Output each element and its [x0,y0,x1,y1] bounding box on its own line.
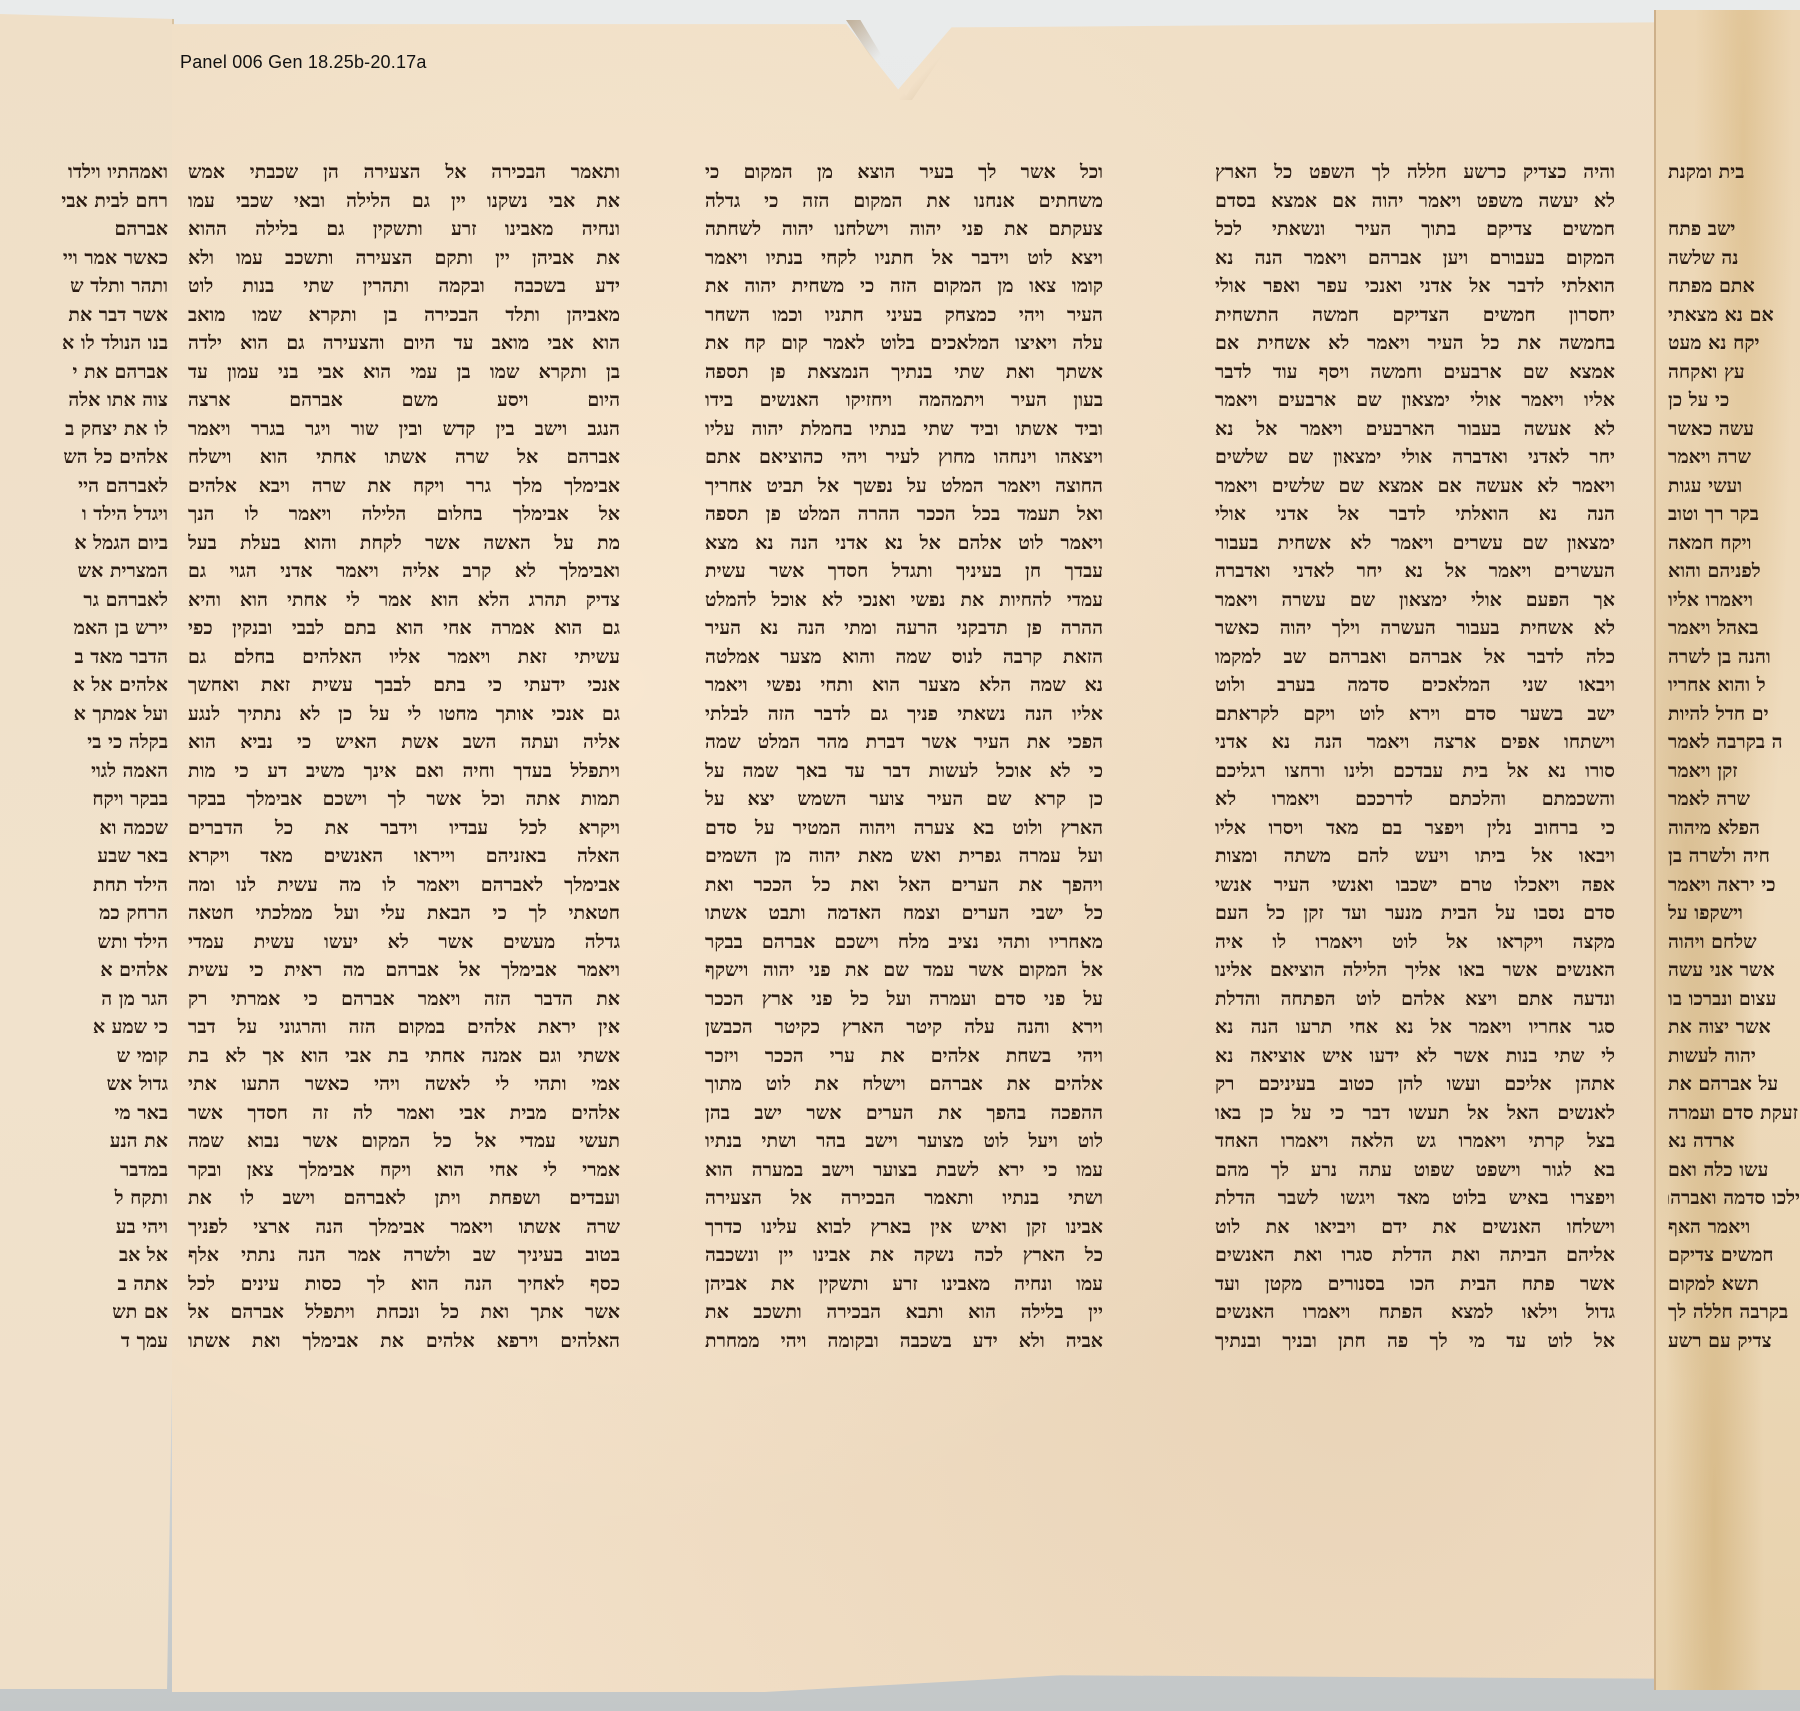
text-line: ועשי עגות [1668,472,1800,501]
text-line: אתהן אליכם ועשו להן כטוב בעיניכם רק [1215,1070,1615,1099]
text-line: אין יראת אלהים במקום הזה והרגוני על דבר [188,1013,620,1042]
text-line: העיר ויהי כמצחק בעיני חתניו וכמו השחר [705,301,1103,330]
text-line: באר שבע [10,842,168,871]
text-line: אשר אני עשה [1668,956,1800,985]
text-line: שכמה וא [10,814,168,843]
text-line: מת על האשה אשר לקחת והוא בעלת בעל [188,529,620,558]
text-line: צדיק עם רשע [1668,1327,1800,1356]
text-line: ועבדים ושפחת ויתן לאברהם וישב לו את [188,1184,620,1213]
text-line: ידע בשכבה ובקמה ותהרין שתי בנות לוט [188,272,620,301]
text-line: בית ומקנת [1668,158,1800,187]
text-line: העשרים ויאמר אל נא יחר לאדני ואדברה [1215,557,1615,586]
text-line: קומי ש [10,1042,168,1071]
text-line: אליו הנה נשאתי פניך גם לדבר הזה לבלתי [705,700,1103,729]
text-column-1: ותאמר הבכירה אל הצעירה הן שכבתי אמשאת אב… [188,158,620,1355]
text-line: ועל אמתך א [10,700,168,729]
text-line: גדלה מעשים אשר לא יעשו עשית עמדי [188,928,620,957]
text-line: אם נא מצאתי [1668,301,1800,330]
text-line: הדבר מאד ב [10,643,168,672]
text-line: גדול אש [10,1070,168,1099]
text-line: ותאמר הבכירה אל הצעירה הן שכבתי אמש [188,158,620,187]
text-line: אלהים מבית אבי ואמר לה זה חסדך אשר [188,1099,620,1128]
text-line: על פני סדם ועמרה ועל כל פני ארץ הככר [705,985,1103,1014]
text-line: האנשים אשר באו אליך הלילה הוציאם אלינו [1215,956,1615,985]
text-line: את אבי נשקנו יין גם הלילה ובאי שכבי עמו [188,187,620,216]
text-line: כסף לאחיך הנה הוא לך כסות עינים לכל [188,1270,620,1299]
text-line: אנכי ידעתי כי בתם לבבך עשית זאת ואחשך [188,671,620,700]
text-line: המקום בעבורם ויען אברהם ויאמר הנה נא [1215,244,1615,273]
text-line: באר מי [10,1099,168,1128]
text-line: הילד תחת [10,871,168,900]
text-line: וישתחו אפים ארצה ויאמר הנה נא אדני [1215,728,1615,757]
text-line: והיה כצדיק כרשע חללה לך השפט כל הארץ [1215,158,1615,187]
text-line: סורו נא אל בית עבדכם ולינו ורחצו רגליכם [1215,757,1615,786]
text-line: משחתים אנחנו את המקום הזה כי גדלה [705,187,1103,216]
text-line: ההפכה בהפך את הערים אשר ישב בהן [705,1099,1103,1128]
text-line: לאברהם גר [10,586,168,615]
text-line: אבימלך לאברהם ויאמר לו מה עשית לנו ומה [188,871,620,900]
text-line: והשכמתם והלכתם לדרככם ויאמרו לא [1215,785,1615,814]
text-line: זקן ויאמר [1668,757,1800,786]
text-line: המצרית אש [10,557,168,586]
text-line: חמשים צדיקם בתוך העיר ונשאתי לכל [1215,215,1615,244]
text-line: יחסרון חמשים הצדיקם חמשה התשחית [1215,301,1615,330]
text-line: ויאמרו אליו [1668,586,1800,615]
text-line: חמשים צדיקם [1668,1241,1800,1270]
text-line: בחמשה את כל העיר ויאמר לא אשחית אם [1215,329,1615,358]
text-line: ים חדל להיות [1668,700,1800,729]
panel-label: Panel 006 Gen 18.25b-20.17a [180,52,427,73]
text-line: וישלחו האנשים את ידם ויביאו את לוט [1215,1213,1615,1242]
text-line: ואל תעמד בכל הככר ההרה המלט פן תספה [705,500,1103,529]
text-line: אם תש [10,1298,168,1327]
text-line: רחם לבית אבי [10,187,168,216]
text-line: אברהם את י [10,358,168,387]
text-line: תשא למקום [1668,1270,1800,1299]
text-line: ההרה פן תדבקני הרעה ומתי הנה נא העיר [705,614,1103,643]
text-line: בנו הנולד לו א [10,329,168,358]
text-line: חטאתי לך כי הבאת עלי ועל ממלכתי חטאה [188,899,620,928]
text-line: החוצה ויאמר המלט על נפשך אל תביט אחריך [705,472,1103,501]
text-line: מקצה ויקראו אל לוט ויאמרו לו איה [1215,928,1615,957]
text-line: ויגדל הילד ו [10,500,168,529]
text-line: אלהים א [10,956,168,985]
text-line: וישקפו על [1668,899,1800,928]
text-line: אל אבימלך בחלום הלילה ויאמר לו הנך [188,500,620,529]
text-line: עשו כלה ואם [1668,1156,1800,1185]
text-line: אמרי לי אחי הוא ויקח אבימלך צאן ובקר [188,1156,620,1185]
text-line: ארדה נא [1668,1127,1800,1156]
text-line: בקרבה חללה לך [1668,1298,1800,1327]
text-line: את אביהן יין ותקם הצעירה ותשכב עמו ולא [188,244,620,273]
text-line: הנה נא הואלתי לדבר אל אדני אולי [1215,500,1615,529]
text-line: הוא אבי מואב עד היום והצעירה גם הוא ילדה [188,329,620,358]
text-line: בקלה כי בי [10,728,168,757]
text-line: לו את יצחק ב [10,415,168,444]
text-line: ונדעה אתם ויצא אלהם לוט הפתחה והדלת [1215,985,1615,1014]
text-line: אבינו זקן ואיש אין בארץ לבוא עלינו כדרך [705,1213,1103,1242]
text-line: אשר דבר את [10,301,168,330]
text-line: לוט ויעל לוט מצוער וישב בהר ושתי בנתיו [705,1127,1103,1156]
text-line: אביה ולא ידע בשכבה ובקומה ויהי ממחרת [705,1327,1103,1356]
text-line: ויצאהו וינחהו מחוץ לעיר ויהי כהוציאם אתם [705,443,1103,472]
text-line: ועל עמרה גפרית ואש מאת יהוה מן השמים [705,842,1103,871]
text-line: אליו ויאמר אולי ימצאון שם ארבעים ויאמר [1215,386,1615,415]
text-line: ה בקרבה לאמר [1668,728,1800,757]
text-line: לאברהם היי [10,472,168,501]
text-line: ותהר ותלד ש [10,272,168,301]
text-line: כי יראה ויאמר [1668,871,1800,900]
text-line: קומו צאו מן המקום הזה כי משחית יהוה את [705,272,1103,301]
text-line: אשר אתך ואת כל ונכחת ויתפלל אברהם אל [188,1298,620,1327]
text-line: הפכי את העיר אשר דברת מהר המלט שמה [705,728,1103,757]
text-line: וביד אשתו וביד שתי בנתיו בחמלת יהוה עליו [705,415,1103,444]
text-line: כי שמע א [10,1013,168,1042]
text-line: ושתי בנתיו ותאמר הבכירה אל הצעירה [705,1184,1103,1213]
text-line: הארץ ולוט בא צערה ויהוה המטיר על סדם [705,814,1103,843]
text-line: ימצאון שם עשרים ויאמר לא אשחית בעבור [1215,529,1615,558]
text-line: ויפצרו באיש בלוט מאד ויגשו לשבר הדלת [1215,1184,1615,1213]
text-line: את הדבר הזה ויאמר אברהם כי אמרתי רק [188,985,620,1014]
text-line: עמדי להחיות את נפשי ואנכי לא אוכל להמלט [705,586,1103,615]
text-line: נא שמה הלא מצער הוא ותחי נפשי ויאמר [705,671,1103,700]
text-line: עשה כאשר [1668,415,1800,444]
text-line: אלהים את אברהם וישלח את לוט מתוך [705,1070,1103,1099]
text-line: עצום ונברכו בו [1668,985,1800,1014]
text-line: האמה לגוי [10,757,168,786]
text-line: ויצא לוט וידבר אל חתניו לקחי בנתיו ויאמר [705,244,1103,273]
text-line: ויבאו שני המלאכים סדמה בערב ולוט [1215,671,1615,700]
text-line: סגר אחריו ויאמר אל נא אחי תרעו הנה נא [1215,1013,1615,1042]
text-column-edge-right: בית ומקנתישב פתחנה שלשהאתם מפתחאם נא מצא… [1668,158,1800,1355]
text-line: שרה אשתו ויאמר אבימלך הנה ארצי לפניך [188,1213,620,1242]
text-line: אלהים אל א [10,671,168,700]
text-line: הפלא מיהוה [1668,814,1800,843]
text-line: מאחריו ותהי נציב מלח וישכם אברהם בבקר [705,928,1103,957]
text-line: בטוב בעיניך שב ולשרה אמר הנה נתתי אלף [188,1241,620,1270]
text-line: לא אשחית בעבור העשרה וילך יהוה כאשר [1215,614,1615,643]
text-line: ויאמר לא אעשה אם אמצא שם שלשים ויאמר [1215,472,1615,501]
text-line: על אברהם את [1668,1070,1800,1099]
text-line: עשיתי זאת ויאמר אליו האלהים בחלם גם [188,643,620,672]
text-line: הגר מן ה [10,985,168,1014]
text-line: יין בלילה הוא ותבא הבכירה ותשכב את [705,1298,1103,1327]
text-line: צוה אתו אלה [10,386,168,415]
text-line: הילד ותש [10,928,168,957]
text-line: עץ ואקחה [1668,358,1800,387]
text-line: אך הפעם אולי ימצאון שם עשרה ויאמר [1215,586,1615,615]
text-line: בצל קרתי ויאמרו גש הלאה ויאמרו האחד [1215,1127,1615,1156]
text-line: אשתך ואת שתי בנתיך הנמצאת פן תספה [705,358,1103,387]
text-line: הזאת קרבה לנוס שמה והוא מצער אמלטה [705,643,1103,672]
text-line: שרה ויאמר [1668,443,1800,472]
text-line: ישב בשער סדם וירא לוט ויקם לקראתם [1215,700,1615,729]
text-line: ונחיה מאבינו זרע ותשקין גם בלילה ההוא [188,215,620,244]
text-line: יירש בן האמ [10,614,168,643]
text-line: כן קרא שם העיר צוער השמש יצא על [705,785,1103,814]
text-line: ויאמר אבימלך אל אברהם מה ראית כי עשית [188,956,620,985]
text-line: עמו כי ירא לשבת בצוער וישב במערה הוא [705,1156,1103,1185]
text-line: בן ותקרא שמו בן עמי הוא אבי בני עמון עד [188,358,620,387]
text-line [1668,187,1800,216]
text-line: גם אנכי אותך מחטו לי על כן לא נתתיך לנגע [188,700,620,729]
text-line: והנה בן לשרה [1668,643,1800,672]
text-line: ויהפך את הערים האל ואת כל הככר ואת [705,871,1103,900]
text-line: אברהם אל שרה אשתו אחתי הוא וישלח [188,443,620,472]
text-line: יקח נא מעט [1668,329,1800,358]
text-line: יהוה לעשות [1668,1042,1800,1071]
text-line: ויהי בע [10,1213,168,1242]
text-line: נה שלשה [1668,244,1800,273]
text-line: ויקרא לכל עבדיו וידבר את כל הדברים [188,814,620,843]
text-line: לפניהם והוא [1668,557,1800,586]
text-line: אמי ותהי לי לאשה ויהי כאשר התעו אתי [188,1070,620,1099]
text-line: לי שתי בנות אשר לא ידעו איש אוציאה נא [1215,1042,1615,1071]
text-line: וכל אשר לך בעיר הוצא מן המקום כי [705,158,1103,187]
text-line: ל והוא אחריו [1668,671,1800,700]
text-line: עבדך חן בעיניך ותגדל חסדך אשר עשית [705,557,1103,586]
text-line: לא אעשה בעבור הארבעים ויאמר אל נא [1215,415,1615,444]
text-line: אשר יצוה את [1668,1013,1800,1042]
text-line: אליה ועתה השב אשת האיש כי נביא הוא [188,728,620,757]
text-line: אמצא שם ארבעים וחמשה ויסף עוד לדבר [1215,358,1615,387]
text-line: ילכו סדמה ואברהם [1668,1184,1800,1213]
text-line: כל ישבי הערים וצמח האדמה ותבט אשתו [705,899,1103,928]
text-line: כי ברחוב נלין ויפצר בם מאד ויסרו אליו [1215,814,1615,843]
text-line: ואמהתיו וילדו [10,158,168,187]
text-line: ואבימלך לא קרב אליה ויאמר אדני הגוי גם [188,557,620,586]
text-line: לא יעשה משפט ויאמר יהוה אם אמצא בסדם [1215,187,1615,216]
text-line: אתם מפתח [1668,272,1800,301]
text-line: אשר פתח הבית הכו בסנורים מקטן ועד [1215,1270,1615,1299]
text-line: אל לוט עד מי לך פה חתן ובניך ובנתיך [1215,1327,1615,1356]
text-line: זעקת סדם ועמרה [1668,1099,1800,1128]
text-line: הנגב וישב בין קדש ובין שור ויגר בגרר ויא… [188,415,620,444]
text-line: היום ויסע משם אברהם ארצה [188,386,620,415]
text-line: עמך ד [10,1327,168,1356]
text-line: כלה לדבר אל אברהם ואברהם שב למקמו [1215,643,1615,672]
text-line: יחר לאדני ואדברה אולי ימצאון שם שלשים [1215,443,1615,472]
text-line: הואלתי לדבר אל אדני ואנכי עפר ואפר אולי [1215,272,1615,301]
text-line: אשתי וגם אמנה אחתי בת אבי הוא אך לא בת [188,1042,620,1071]
text-line: ביום הגמל א [10,529,168,558]
torah-scroll: Panel 006 Gen 18.25b-20.17a ואמהתיו וילד… [0,0,1800,1711]
text-line: כאשר אמר ויי [10,244,168,273]
text-column-edge-left: ואמהתיו וילדורחם לבית אביאברהםכאשר אמר ו… [10,158,168,1355]
text-line: תעשי עמדי אל כל המקום אשר נבוא שמה [188,1127,620,1156]
text-line: ותקח ל [10,1184,168,1213]
text-line: בבקר ויקח [10,785,168,814]
text-line: בעון העיר ויתמהמה ויחזיקו האנשים בידו [705,386,1103,415]
text-line: גם הוא אמרה אחי הוא בתם לבבי ובנקין כפי [188,614,620,643]
text-line: האלה באזניהם וייראו האנשים מאד ויקרא [188,842,620,871]
text-line: שלחם ויהוה [1668,928,1800,957]
text-line: שרה לאמר [1668,785,1800,814]
text-line: באהל ויאמר [1668,614,1800,643]
text-line: צעקתם את פני יהוה וישלחנו יהוה לשחתה [705,215,1103,244]
text-line: ויתפלל בעדך וחיה ואם אינך משיב דע כי מות [188,757,620,786]
text-line: אליהם הביתה ואת הדלת סגרו ואת האנשים [1215,1241,1615,1270]
text-line: וירא והנה עלה קיטר הארץ כקיטר הכבשן [705,1013,1103,1042]
text-line: האלהים וירפא אלהים את אבימלך ואת אשתו [188,1327,620,1356]
text-column-3: והיה כצדיק כרשע חללה לך השפט כל הארץלא י… [1215,158,1615,1355]
text-line: כי לא אוכל לעשות דבר עד באך שמה על [705,757,1103,786]
text-line: סדם נסבו על הבית מנער ועד זקן כל העם [1215,899,1615,928]
text-line: חיה ולשרה בן [1668,842,1800,871]
text-line: כי על כן [1668,386,1800,415]
text-line: אפה ויאכלו טרם ישכבו ואנשי העיר אנשי [1215,871,1615,900]
text-line: את הנע [10,1127,168,1156]
text-line: אל המקום אשר עמד שם את פני יהוה וישקף [705,956,1103,985]
text-column-2: וכל אשר לך בעיר הוצא מן המקום כימשחתים א… [705,158,1103,1355]
text-line: כל הארץ לכה נשקה את אבינו יין ונשכבה [705,1241,1103,1270]
text-line: עלה ויאיצו המלאכים בלוט לאמר קום קח את [705,329,1103,358]
text-line: ויקח חמאה [1668,529,1800,558]
text-line: אלהים כל הש [10,443,168,472]
text-line: לאנשים האל אל תעשו דבר כי על כן באו [1215,1099,1615,1128]
text-line: ויאמר האף [1668,1213,1800,1242]
text-line: מאביהן ותלד הבכירה בן ותקרא שמו מואב [188,301,620,330]
text-line: בקר רך וטוב [1668,500,1800,529]
text-line: אבימלך מלך גרר ויקח את שרה ויבא אלהים [188,472,620,501]
text-line: אתה ב [10,1270,168,1299]
text-line: ויבאו אל ביתו ויעש להם משתה ומצות [1215,842,1615,871]
text-line: גדול וילאו למצא הפתח ויאמרו האנשים [1215,1298,1615,1327]
text-line: ויאמר לוט אלהם אל נא אדני הנה נא מצא [705,529,1103,558]
text-line: ויהי בשחת אלהים את ערי הככר ויזכר [705,1042,1103,1071]
text-line: צדיק תהרג הלא הוא אמר לי אחתי הוא והיא [188,586,620,615]
text-line: ישב פתח [1668,215,1800,244]
text-line: אל אב [10,1241,168,1270]
text-line: תמות אתה וכל אשר לך וישכם אבימלך בבקר [188,785,620,814]
text-line: הרחק כמ [10,899,168,928]
text-line: עמו ונחיה מאבינו זרע ותשקין את אביהן [705,1270,1103,1299]
text-line: במדבר [10,1156,168,1185]
text-line: בא לגור וישפט שפוט עתה נרע לך מהם [1215,1156,1615,1185]
text-line: אברהם [10,215,168,244]
